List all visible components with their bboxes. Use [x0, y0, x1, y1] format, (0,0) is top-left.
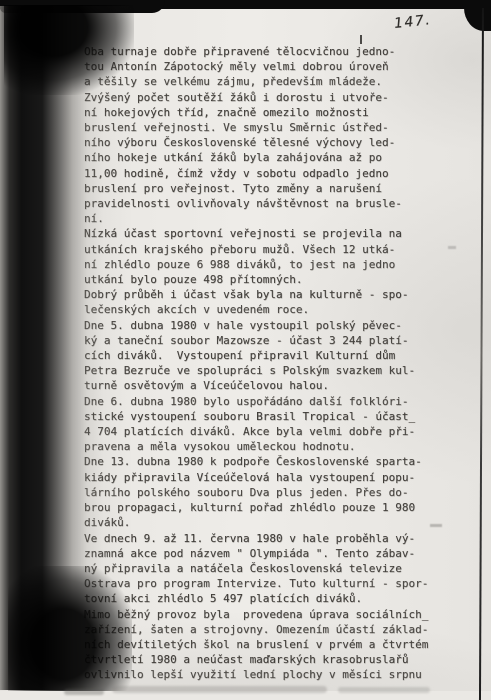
- typewritten-text-block: Oba turnaje dobře připravené tělocvičnou…: [84, 44, 446, 683]
- text-line: ký a taneční soubor Mazowsze - účast 3 2…: [84, 333, 446, 348]
- margin-smudge: [430, 524, 442, 527]
- text-line: lečenských akcích v uvedeném roce.: [84, 302, 446, 317]
- text-line: utkáních krajského přeboru mužů. Všech 1…: [84, 242, 446, 257]
- text-line: bruslení pro veřejnost. Tyto změny a nar…: [84, 181, 446, 196]
- text-line: stické vystoupení souboru Brasil Tropica…: [84, 409, 446, 424]
- text-line: Petra Bezruče ve spolupráci s Polským sv…: [84, 363, 446, 378]
- text-line: 11,00 hodině, čímž vždy v sobotu odpadlo…: [84, 166, 446, 181]
- text-line: Dobrý průběh i účast však byla na kultur…: [84, 287, 446, 302]
- text-line: Dne 5. dubna 1980 v hale vystoupil polsk…: [84, 318, 446, 333]
- text-line: lárního polského souboru Dva plus jeden.…: [84, 485, 446, 500]
- text-line: ný připravila a natáčela Československá …: [84, 561, 446, 576]
- text-line: Ve dnech 9. až 11. června 1980 v hale pr…: [84, 531, 446, 546]
- scanned-document-page: Oba turnaje dobře připravené tělocvičnou…: [0, 0, 491, 700]
- text-line: cích diváků. Vystoupení připravil Kultur…: [84, 348, 446, 363]
- text-line: brou propagaci, kulturní pořad zhlédlo p…: [84, 500, 446, 515]
- text-line: Oba turnaje dobře připravené tělocvičnou…: [84, 44, 446, 59]
- bottom-edge-smudge: [338, 687, 430, 693]
- text-line: diváků.: [84, 515, 446, 530]
- page-edge-line: [479, 8, 484, 700]
- text-line: Ostrava pro program Intervize. Tuto kult…: [84, 576, 446, 591]
- bottom-edge-smudge: [112, 686, 327, 693]
- text-line: tovní akci zhlédlo 5 497 platících divák…: [84, 591, 446, 606]
- text-line: a těšily se velkému zájmu, především mlá…: [84, 74, 446, 89]
- text-line: Mimo běžný provoz byla provedena úprava …: [84, 607, 446, 622]
- text-line: Dne 6. dubna 1980 bylo uspořádáno další …: [84, 394, 446, 409]
- scan-top-edge-shadow-right: [464, 0, 491, 31]
- margin-smudge: [448, 246, 456, 249]
- text-line: ního hokeje utkání žáků byla zahájována …: [84, 150, 446, 165]
- text-line: ního výboru Československé tělesné výcho…: [84, 135, 446, 150]
- text-line: ní hokejových tříd, značně omezilo možno…: [84, 105, 446, 120]
- text-line: utkání bylo pouze 498 přítomných.: [84, 272, 446, 287]
- stray-ink-mark: [360, 35, 362, 44]
- text-line: ovlivnilo lepší využití lední plochy v m…: [84, 667, 446, 682]
- text-line: turně osvětovým a Víceúčelovou halou.: [84, 378, 446, 393]
- text-line: ní.: [84, 211, 446, 226]
- text-line: čtvrtletí 1980 a neúčast maďarských kras…: [84, 652, 446, 667]
- text-line: Nízká účast sportovní veřejnosti se proj…: [84, 226, 446, 241]
- scan-top-edge-shadow-left: [0, 0, 165, 13]
- text-line: pravena a měla vysokou uměleckou hodnotu…: [84, 439, 446, 454]
- bottom-edge-smudge: [64, 689, 104, 695]
- text-line: pravidelnosti ovlivňovaly návštěvnost na…: [84, 196, 446, 211]
- text-line: Dne 13. dubna 1980 k podpoře Českosloven…: [84, 454, 446, 469]
- text-line: ních devítiletých škol na bruslení v prv…: [84, 637, 446, 652]
- text-line: bruslení veřejnosti. Ve smyslu Směrnic ú…: [84, 120, 446, 135]
- text-line: zařízení, šaten a strojovny. Omezením úč…: [84, 622, 446, 637]
- text-line: ní zhlédlo pouze 6 988 diváků, to jest n…: [84, 257, 446, 272]
- text-line: kiády připravila Víceúčelová hala vystou…: [84, 470, 446, 485]
- text-line: Zvýšený počet soutěží žáků i dorostu i u…: [84, 90, 446, 105]
- text-line: 4 704 platících diváků. Akce byla velmi …: [84, 424, 446, 439]
- page-number: 147.: [393, 12, 432, 32]
- text-line: tou Antonín Zápotocký měly velmi dobrou …: [84, 59, 446, 74]
- text-line: znamná akce pod názvem " Olympiáda ". Te…: [84, 546, 446, 561]
